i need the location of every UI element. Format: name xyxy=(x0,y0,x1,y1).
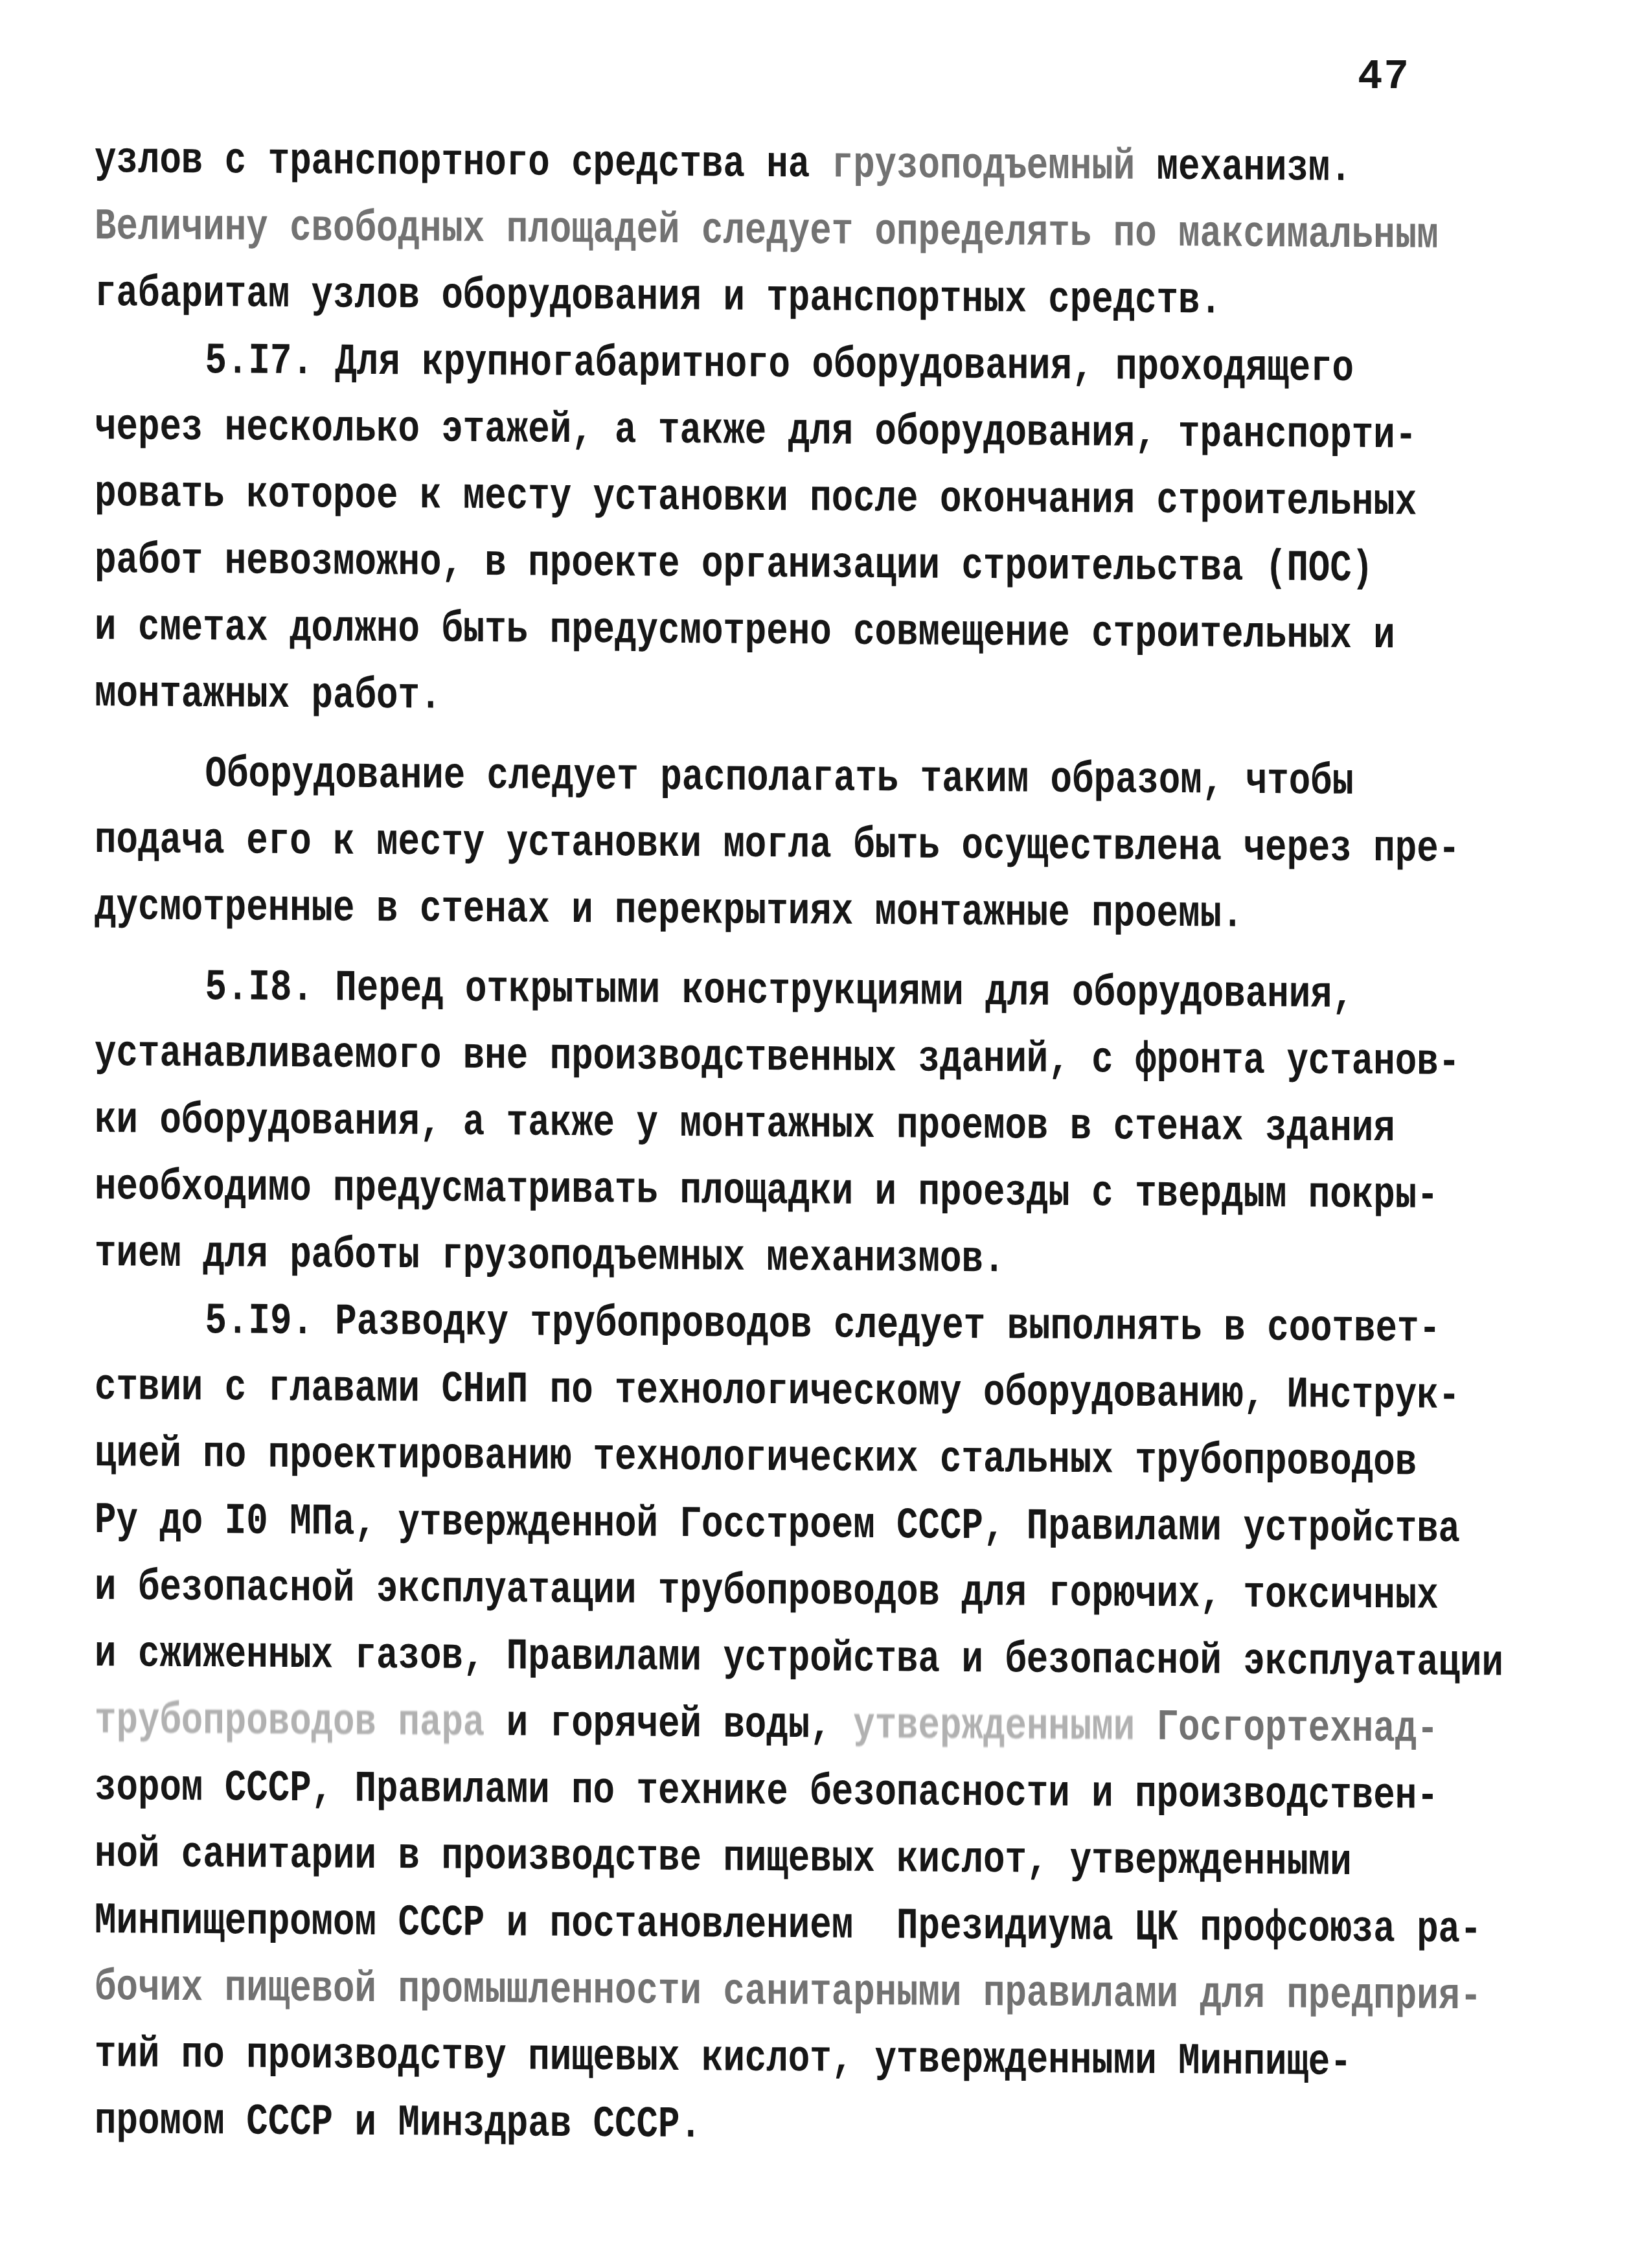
text-line: ствии с главами СНиП по технологическому… xyxy=(95,1354,1642,1431)
text-line: 5.I7. Для крупногабаритного оборудования… xyxy=(95,327,1642,404)
text-line: и сметах должно быть предусмотрено совме… xyxy=(95,594,1642,671)
text-run: Минпищепромом СССР и постановлением През… xyxy=(95,1896,1482,1955)
text-line: монтажных работ. xyxy=(95,661,1642,738)
text-run: и безопасной эксплуатации трубопроводов … xyxy=(95,1563,1439,1621)
text-line: Величину свободных площадей следует опре… xyxy=(95,194,1642,271)
text-line: устанавливаемого вне производственных зд… xyxy=(95,1020,1642,1097)
text-line: узлов с транспортного средства на грузоп… xyxy=(95,127,1642,204)
text-run: тий по производству пищевых кислот, утве… xyxy=(95,2030,1352,2088)
text-run: ки оборудования, а также у монтажных про… xyxy=(95,1095,1395,1154)
text-line: ки оборудования, а также у монтажных про… xyxy=(95,1087,1642,1164)
text-line: 5.I9. Разводку трубопроводов следует вып… xyxy=(95,1287,1642,1364)
text-run: работ невозможно, в проекте организации … xyxy=(95,536,1373,594)
text-run: зором СССР, Правилами по технике безопас… xyxy=(95,1763,1439,1822)
text-line: и сжиженных газов, Правилами устройства … xyxy=(95,1621,1642,1698)
text-run: ствии с главами СНиП по технологическому… xyxy=(95,1362,1460,1421)
text-line: тием для работы грузоподъемных механизмо… xyxy=(95,1220,1642,1298)
text-line: габаритам узлов оборудования и транспорт… xyxy=(95,260,1642,338)
text-line: необходимо предусматривать площадки и пр… xyxy=(95,1154,1642,1231)
text-run: необходимо предусматривать площадки и пр… xyxy=(95,1162,1439,1221)
text-run: 5.I7. Для крупногабаритного оборудования… xyxy=(205,336,1354,394)
text-run: узлов с транспортного средства на xyxy=(95,135,832,190)
text-run: через несколько этажей, а также для обор… xyxy=(95,402,1417,461)
text-run: Ру до I0 МПа, утвержденной Госстроем ССС… xyxy=(95,1496,1460,1555)
text-run: промом СССР и Минздрав СССР. xyxy=(95,2096,701,2150)
text-line: 5.I8. Перед открытыми конструкциями для … xyxy=(95,954,1642,1031)
text-run: механизм. xyxy=(1135,143,1352,194)
body-text: узлов с транспортного средства на грузоп… xyxy=(95,127,1642,2165)
text-run: 5.I8. Перед открытыми конструкциями для … xyxy=(205,963,1354,1020)
text-run: дусмотренные в стенах и перекрытиях монт… xyxy=(95,882,1243,940)
text-line: бочих пищевой промышленности санитарными… xyxy=(95,1954,1642,2032)
document-page: 47 узлов с транспортного средства на гру… xyxy=(0,0,1642,2268)
page-number: 47 xyxy=(1358,54,1410,101)
text-line: ной санитарии в производстве пищевых кис… xyxy=(95,1821,1642,1898)
text-run: устанавливаемого вне производственных зд… xyxy=(95,1029,1460,1088)
text-run: бочих пищевой промышленности санитарными… xyxy=(95,1963,1482,2022)
text-run: 5.I9. Разводку трубопроводов следует вып… xyxy=(205,1296,1441,1355)
text-line: через несколько этажей, а также для обор… xyxy=(95,394,1642,471)
text-line: ровать которое к месту установки после о… xyxy=(95,461,1642,538)
text-line: цией по проектированию технологических с… xyxy=(95,1421,1642,1498)
text-run: подача его к месту установки могла быть … xyxy=(95,816,1460,875)
text-line: дусмотренные в стенах и перекрытиях монт… xyxy=(95,874,1642,951)
text-line: трубопроводов пара и горячей воды, утвер… xyxy=(95,1688,1642,1765)
text-run: цией по проектированию технологических с… xyxy=(95,1429,1417,1488)
text-line: зором СССР, Правилами по технике безопас… xyxy=(95,1754,1642,1831)
text-run: трубопроводов пара xyxy=(95,1696,485,1748)
text-run: Оборудование следует располагать таким о… xyxy=(205,750,1354,807)
text-line: работ невозможно, в проекте организации … xyxy=(95,527,1642,604)
text-run: и сметах должно быть предусмотрено совме… xyxy=(95,602,1395,661)
text-run: ной санитарии в производстве пищевых кис… xyxy=(95,1829,1352,1888)
text-run: утвержденными xyxy=(853,1701,1156,1753)
text-run: и горячей воды, xyxy=(485,1699,853,1751)
text-line: Минпищепромом СССР и постановлением През… xyxy=(95,1888,1642,1965)
text-run: Госгортехнад- xyxy=(1157,1703,1439,1755)
text-run: Величину свободных площадей следует опре… xyxy=(95,202,1439,261)
text-run: тием для работы грузоподъемных механизмо… xyxy=(95,1229,1005,1285)
text-line: Ру до I0 МПа, утвержденной Госстроем ССС… xyxy=(95,1487,1642,1564)
text-line: и безопасной эксплуатации трубопроводов … xyxy=(95,1554,1642,1631)
text-line: Оборудование следует располагать таким о… xyxy=(95,740,1642,818)
text-run: грузоподъемный xyxy=(832,141,1135,192)
text-line: тий по производству пищевых кислот, утве… xyxy=(95,2021,1642,2098)
text-line: подача его к месту установки могла быть … xyxy=(95,807,1642,884)
text-run: монтажных работ. xyxy=(95,669,441,722)
text-line: промом СССР и Минздрав СССР. xyxy=(95,2088,1642,2165)
text-run: и сжиженных газов, Правилами устройства … xyxy=(95,1629,1503,1688)
text-run: ровать которое к месту установки после о… xyxy=(95,469,1417,528)
text-run: габаритам узлов оборудования и транспорт… xyxy=(95,269,1222,326)
